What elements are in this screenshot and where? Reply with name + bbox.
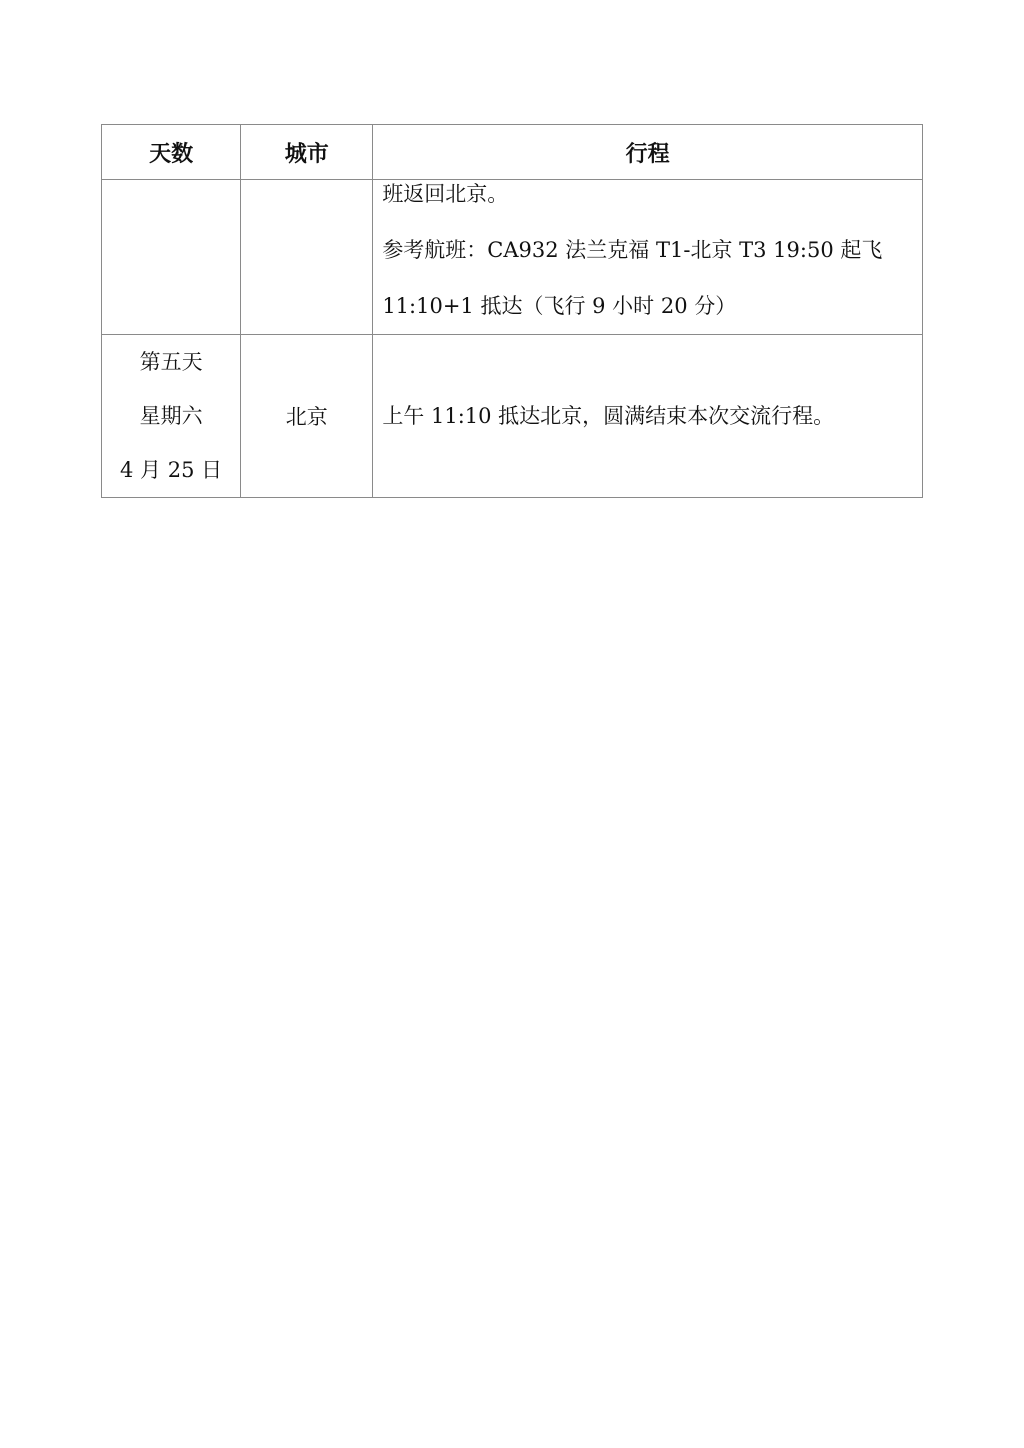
day-cell: 第五天 星期六 4 月 25 日 <box>102 335 241 498</box>
itinerary-table: 天数 城市 行程 班返回北京。 参考航班：CA932 法兰克福 T1-北京 T3… <box>101 124 923 498</box>
document-page: 天数 城市 行程 班返回北京。 参考航班：CA932 法兰克福 T1-北京 T3… <box>0 0 1024 1448</box>
plan-line: 11:10+1 抵达（飞行 9 小时 20 分） <box>382 278 914 334</box>
plan-cell: 上午 11:10 抵达北京，圆满结束本次交流行程。 <box>373 335 923 498</box>
plan-line: 班返回北京。 <box>382 166 914 222</box>
table-row: 班返回北京。 参考航班：CA932 法兰克福 T1-北京 T3 19:50 起飞… <box>102 180 923 335</box>
day-label: 第五天 <box>102 335 240 389</box>
plan-line: 上午 11:10 抵达北京，圆满结束本次交流行程。 <box>382 388 914 444</box>
city-cell: 北京 <box>241 335 373 498</box>
day-cell <box>102 180 241 335</box>
header-city: 城市 <box>241 125 373 180</box>
plan-line: 参考航班：CA932 法兰克福 T1-北京 T3 19:50 起飞 <box>382 222 914 278</box>
city-cell <box>241 180 373 335</box>
table-row: 第五天 星期六 4 月 25 日 北京 上午 11:10 抵达北京，圆满结束本次… <box>102 335 923 498</box>
header-day: 天数 <box>102 125 241 180</box>
date-label: 4 月 25 日 <box>102 443 240 497</box>
plan-cell: 班返回北京。 参考航班：CA932 法兰克福 T1-北京 T3 19:50 起飞… <box>373 180 923 335</box>
weekday-label: 星期六 <box>102 389 240 443</box>
